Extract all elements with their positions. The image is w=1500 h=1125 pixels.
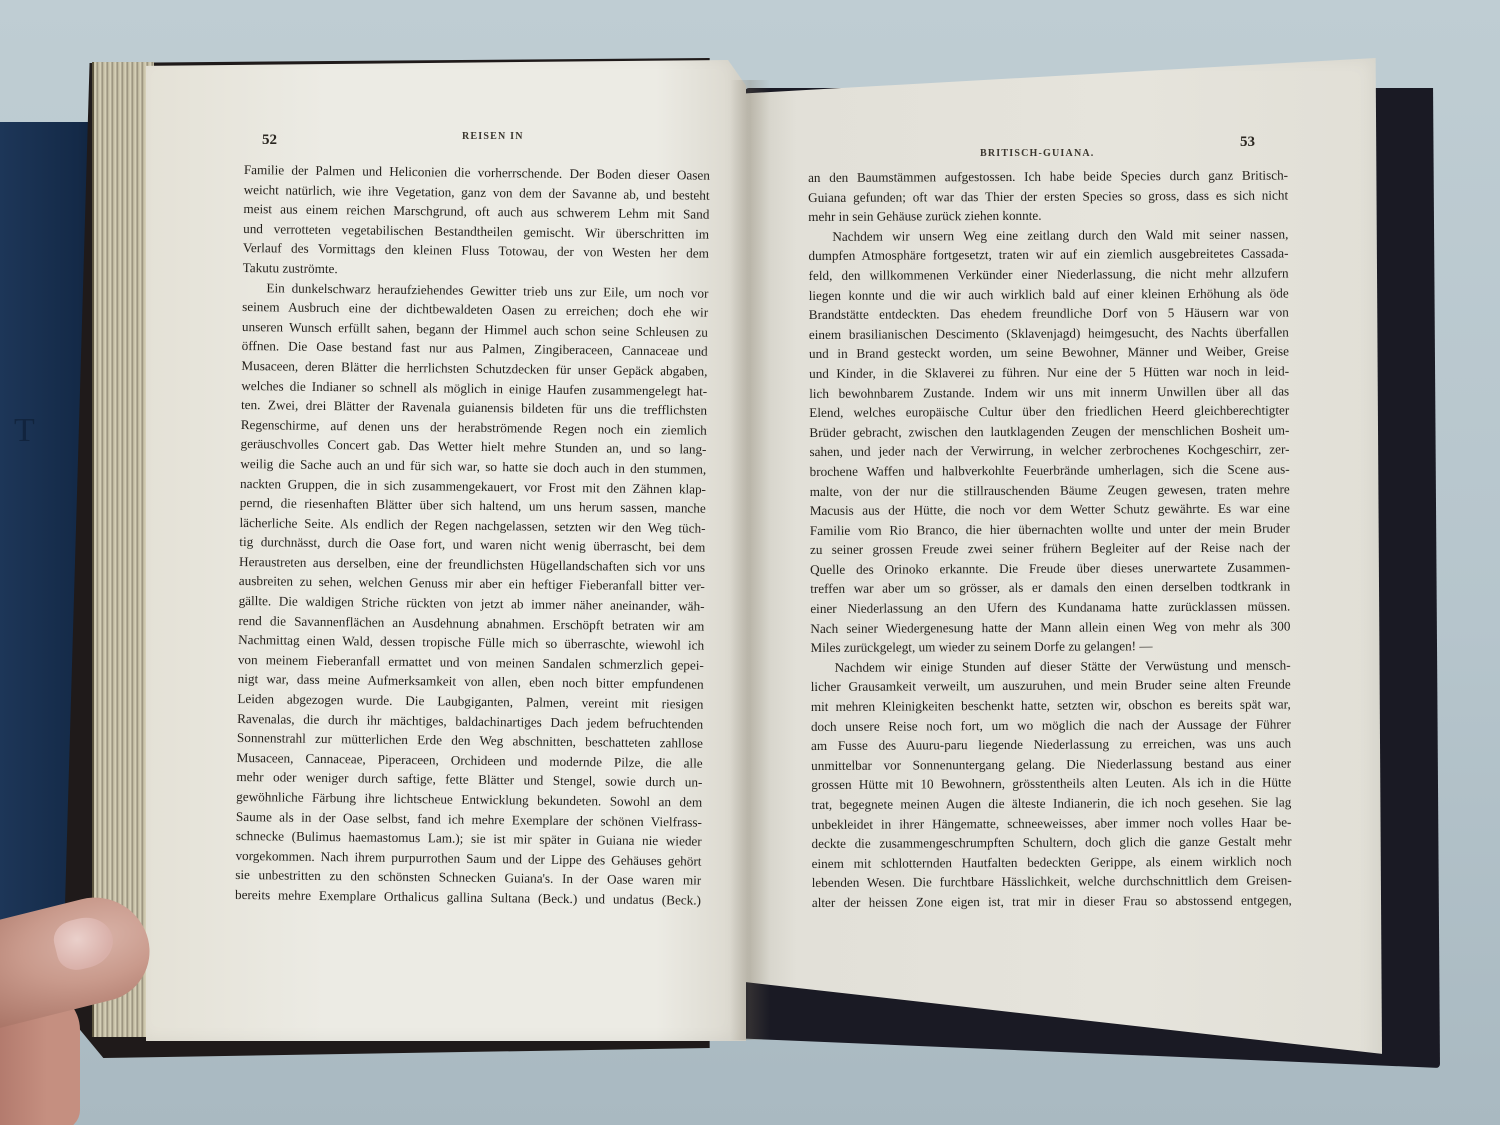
left-page-body-text: Familie der Palmen und Heliconien die vo… (235, 160, 710, 910)
text-line: an den Baumstämmen aufgestossen. Ich hab… (808, 165, 1288, 187)
left-page-number: 52 (262, 132, 277, 149)
text-line: unbekleidet in ihrer Hängematte, schneew… (811, 812, 1291, 834)
text-line: Nach seiner Wiedergenesung hatte der Man… (810, 616, 1290, 638)
text-line: licher Grausamkeit verweilt, um auszuruh… (811, 675, 1291, 697)
text-line: brochene Waffen und halbverkohlte Feuerb… (810, 459, 1290, 481)
text-line: unmittelbar vor Sonnenuntergang gelang. … (811, 753, 1291, 775)
text-line: Nachdem wir unsern Weg eine zeitlang dur… (808, 224, 1288, 246)
text-line: und Kinder, in die Sklaverei zu führen. … (809, 361, 1289, 383)
gutter-shadow (730, 80, 770, 1040)
text-line: lebenden Wesen. Die furchtbare Hässlichk… (812, 871, 1292, 893)
page-block-edges (92, 62, 154, 1037)
thumbnail (50, 912, 118, 975)
blue-book-title-fragment: T (14, 412, 35, 450)
text-line: mit mehren Kleinigkeiten beschenkt hatte… (811, 695, 1291, 717)
text-line: sahen, und jeder nach der Verwirrung, in… (809, 440, 1289, 462)
text-line: alter der heissen Zone eigen ist, trat m… (812, 890, 1292, 912)
text-line: trat, begegnete meinen Augen die älteste… (811, 792, 1291, 814)
text-line: Guiana gefunden; oft war das Thier der e… (808, 185, 1288, 207)
right-page-number: 53 (1240, 134, 1255, 151)
text-line: deckte die zusammengeschrumpften Schulte… (811, 832, 1291, 854)
text-line: Brüder gebracht, zwischen den lautklagen… (809, 420, 1289, 442)
text-line: einem mit schlotternden Hautfalten bedec… (812, 851, 1292, 873)
text-line: lich bewohnbarem Zustande. Indem wir uns… (809, 381, 1289, 403)
text-line: Macusis aus der Hütte, die noch vor dem … (810, 499, 1290, 521)
text-line: einem brasilianischen Descimento (Sklave… (809, 322, 1289, 344)
text-line: doch unsere Reise noch fort, um wo mögli… (811, 714, 1291, 736)
right-running-head: BRITISCH-GUIANA. (980, 148, 1095, 159)
left-running-head: REISEN IN (462, 131, 524, 142)
text-line: grossen Hütte mit 10 Bewohnern, grössten… (811, 773, 1291, 795)
text-line: mehr in sein Gehäuse zurück ziehen konnt… (808, 205, 1288, 227)
text-line: Brandstätte entdeckten. Das ehedem freun… (809, 303, 1289, 325)
right-page-body-text: an den Baumstämmen aufgestossen. Ich hab… (808, 165, 1292, 912)
text-line: Nachdem wir einige Stunden auf dieser St… (811, 655, 1291, 677)
text-line: Elend, welches europäische Cultur über d… (809, 401, 1289, 423)
text-line: zu seiner grossen Freude zwei seiner frü… (810, 538, 1290, 560)
text-line: am Fusse des Auuru-paru liegende Niederl… (811, 734, 1291, 756)
text-line: Familie vom Rio Branco, die hier übernac… (810, 518, 1290, 540)
text-line: Quelle des Orinoko erkannte. Die Freude … (810, 557, 1290, 579)
text-line: einer Niederlassung an den Ufern des Kun… (810, 597, 1290, 619)
text-line: malte, von der nur die stillrauschenden … (810, 479, 1290, 501)
text-line: feld, den willkommenen Verkünder einer N… (809, 263, 1289, 285)
text-line: treffen war aber um so grösser, als er d… (810, 577, 1290, 599)
text-line: dumpfen Atmosphäre fortgesetzt, traten w… (808, 244, 1288, 266)
text-line: liegen konnte und die wir auch wirklich … (809, 283, 1289, 305)
text-line: Miles zurückgelegt, um wieder zu seinem … (810, 636, 1290, 658)
text-line: und in Brand gesteckt worden, um seine B… (809, 342, 1289, 364)
